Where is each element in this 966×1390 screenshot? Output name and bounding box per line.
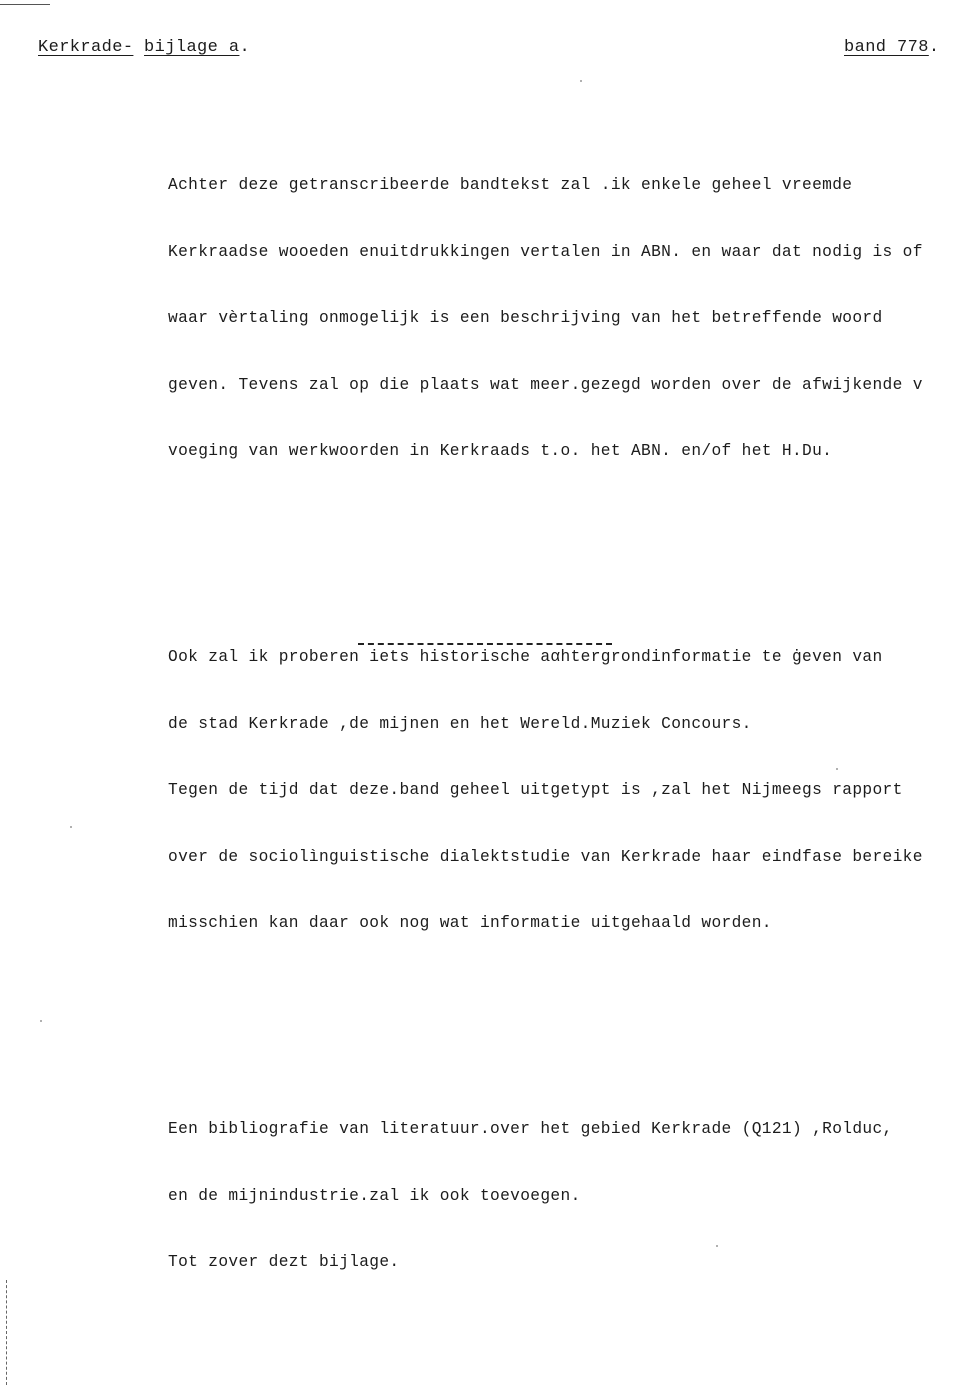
text-line: over de sociolìnguistische dialektstudie… [168,842,966,873]
text-line: Achter deze getranscribeerde bandtekst z… [168,170,966,201]
text-line: Tegen de tijd dat deze.band geheel uitge… [168,775,966,806]
paragraph-1: Achter deze getranscribeerde bandtekst z… [168,134,966,503]
dashed-separator [358,643,612,645]
document-body: Achter deze getranscribeerde bandtekst z… [168,98,966,1332]
paragraph-gap [168,539,966,570]
band-number: band 778 [844,38,929,57]
text-line: waar vèrtaling onmogelijk is een beschri… [168,303,966,334]
text-line: misschien kan daar ook nog wat informati… [168,908,966,939]
scan-speck [40,1020,42,1022]
header-place: Kerkrade- [38,38,133,57]
text-line: Kerkraadse wooеden enuitdrukkingen verta… [168,237,966,268]
text-line: en de mijnindustrie.zal ik ook toevoegen… [168,1181,966,1212]
paragraph-3: Een bibliografie van literatuur.over het… [168,1078,966,1314]
document-header-band: band 778. [844,38,939,57]
text-line: Ook zal ik proberen iets historische aαh… [168,642,966,673]
scan-speck [836,768,838,770]
text-line: de stad Kerkrade ,de mijnen en het Werel… [168,709,966,740]
document-header-title: Kerkrade- bijlage a. [38,38,250,57]
scan-artifact-top [0,4,50,5]
scan-speck [70,826,72,828]
paragraph-gap [168,1011,966,1042]
band-period: . [929,38,940,57]
header-appendix: bijlage a [144,38,239,57]
text-line: Een bibliografie van literatuur.over het… [168,1114,966,1145]
paragraph-2: Ook zal ik proberen iets historische aαh… [168,606,966,975]
header-period: . [239,38,250,57]
text-line: Tot zover dezt bijlage. [168,1247,966,1278]
text-line: geven. Tevens zal op die plaats wat meer… [168,370,966,401]
scan-artifact-margin [6,1280,8,1385]
scan-speck [716,1245,718,1247]
scan-speck [580,80,582,82]
text-line: voeging van werkwoorden in Kerkraads t.o… [168,436,966,467]
